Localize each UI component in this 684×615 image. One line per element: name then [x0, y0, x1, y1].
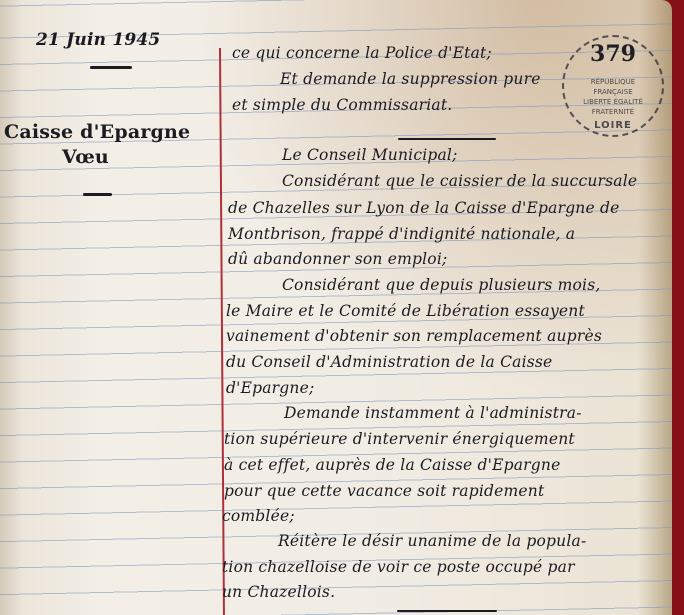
body-line: du Conseil d'Administration de la Caisse — [226, 353, 552, 371]
stamp-line: FRANÇAISE — [574, 87, 652, 97]
body-line: pour que cette vacance soit rapidement — [224, 482, 544, 500]
register-page: 21 Juin 1945 Caisse d'Epargne Vœu 379 RÉ… — [0, 0, 672, 615]
section-title: Caisse d'Epargne — [4, 121, 190, 143]
body-line: Réitère le désir unanime de la popula- — [278, 532, 586, 550]
stamp-line: RÉPUBLIQUE — [574, 77, 652, 87]
body-line: vainement d'obtenir son remplacement aup… — [226, 327, 602, 345]
closing-divider — [397, 610, 497, 612]
section-underline — [83, 193, 112, 196]
stamp-line: FRATERNITÉ — [574, 107, 652, 117]
stamp-number: 379 — [564, 41, 662, 67]
body-line: tion chazelloise de voir ce poste occupé… — [222, 558, 575, 576]
body-line: et simple du Commissariat. — [232, 96, 452, 114]
paragraph-divider — [398, 138, 496, 140]
body-line: tion supérieure d'intervenir énergiqueme… — [224, 430, 575, 448]
body-line: un Chazellois. — [222, 583, 335, 601]
prefecture-stamp: 379 RÉPUBLIQUE FRANÇAISE LIBERTÉ ÉGALITÉ… — [562, 35, 664, 137]
body-line: le Maire et le Comité de Libération essa… — [226, 302, 585, 320]
entry-date: 21 Juin 1945 — [36, 30, 160, 50]
page-fold-shadow — [0, 0, 22, 615]
body-line: Considérant que le caissier de la succur… — [282, 172, 637, 190]
body-line: Montbrison, frappé d'indignité nationale… — [228, 225, 575, 243]
stamp-center-text: RÉPUBLIQUE FRANÇAISE LIBERTÉ ÉGALITÉ FRA… — [574, 71, 652, 117]
date-underline — [90, 66, 132, 69]
body-line: Le Conseil Municipal; — [282, 146, 458, 164]
body-line: à cet effet, auprès de la Caisse d'Eparg… — [224, 456, 560, 474]
body-line: dû abandonner son emploi; — [228, 250, 447, 268]
stamp-line: LIBERTÉ ÉGALITÉ — [574, 97, 652, 107]
body-line: Demande instamment à l'administra- — [284, 404, 582, 422]
body-line: Et demande la suppression pure — [280, 70, 541, 88]
body-line: Considérant que depuis plusieurs mois, — [282, 276, 601, 294]
body-line: ce qui concerne la Police d'Etat; — [232, 44, 492, 62]
section-subtitle: Vœu — [62, 146, 109, 168]
body-line: comblée; — [222, 507, 295, 525]
body-line: de Chazelles sur Lyon de la Caisse d'Epa… — [228, 199, 620, 217]
body-line: d'Epargne; — [226, 379, 314, 397]
stamp-bottom-text: LOIRE — [564, 120, 662, 131]
